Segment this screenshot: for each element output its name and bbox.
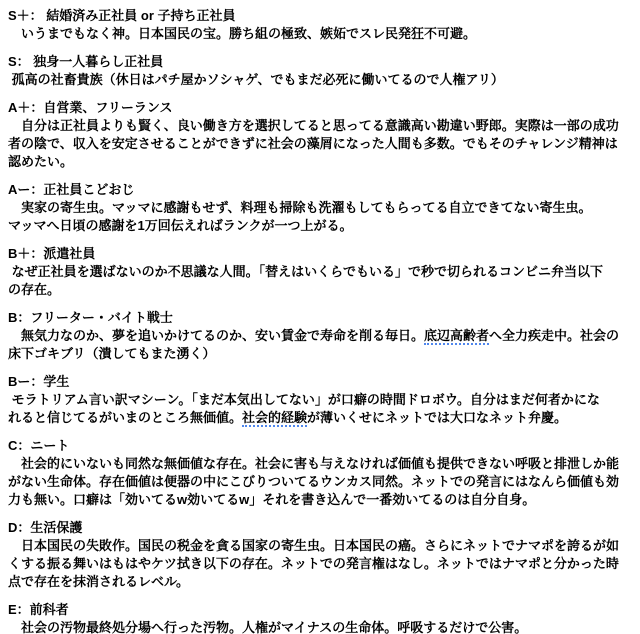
description-line: 認めたい。	[8, 153, 634, 171]
description-line: 社会的にいないも同然な無価値な存在。社会に害も与えなければ価値も提供できない呼吸…	[8, 455, 634, 473]
tier-section-s-plus: S＋： 結婚済み正社員 or 子持ち正社員 いうまでもなく神。日本国民の宝。勝ち…	[8, 7, 634, 43]
description-line: マッマへ日頃の感謝を1万回伝えればランクが一つ上がる。	[8, 217, 634, 235]
tier-header-b-plus: B＋：派遣社員	[8, 245, 634, 263]
tier-section-b: B：フリーター・バイト戦士 無気力なのか、夢を追いかけてるのか、安い賃金で寿命を…	[8, 309, 634, 363]
text-segment: 床下ゴキブリ（潰してもまた湧く）	[8, 346, 215, 361]
text-segment: がない生命体。存在価値は便器の中にこびりついてるウンカス同然。ネットでの発言には…	[8, 474, 619, 489]
text-segment: 日本国民の失敗作。国民の税金を貪る国家の寄生虫。日本国民の癌。さらにネットでナマ…	[8, 538, 619, 553]
text-segment: 認めたい。	[8, 154, 73, 169]
tier-header-c: C：ニート	[8, 437, 634, 455]
text-segment: 社会的にいないも同然な無価値な存在。社会に害も与えなければ価値も提供できない呼吸…	[8, 456, 619, 471]
spellcheck-suggestion-underline[interactable]: 社会的経験	[242, 410, 307, 427]
tier-section-d: D：生活保護 日本国民の失敗作。国民の税金を貪る国家の寄生虫。日本国民の癌。さら…	[8, 519, 634, 591]
tier-section-a-minus: Aー：正社員こどおじ 実家の寄生虫。マッマに感謝もせず、料理も掃除も洗濯もしても…	[8, 181, 634, 235]
text-segment: 力も無い。口癖は「効いてるw効いてるw」それを書き込んで一番効いてるのは自分自身…	[8, 492, 535, 507]
tier-header-b: B：フリーター・バイト戦士	[8, 309, 634, 327]
tier-header-e: E：前科者	[8, 601, 634, 619]
tier-section-b-minus: Bー：学生 モラトリアム言い訳マシーン。「まだ本気出してない」が口癖の時間ドロボ…	[8, 373, 634, 427]
text-segment: れると信じてるがいまのところ無価値。	[8, 410, 242, 425]
tier-header-d: D：生活保護	[8, 519, 634, 537]
description-line: 床下ゴキブリ（潰してもまた湧く）	[8, 345, 634, 363]
text-segment: くする振る舞いはもはやケツ拭き以下の存在。ネットでの発言権はなし。ネットではナマ…	[8, 556, 619, 571]
text-segment: モラトリアム言い訳マシーン。「まだ本気出してない」が口癖の時間ドロボウ。自分はま…	[8, 392, 600, 407]
description-line: なぜ正社員を選ばないのか不思議な人間。「替えはいくらでもいる」で秒で切られるコン…	[8, 263, 634, 281]
description-line: いうまでもなく神。日本国民の宝。勝ち組の極致、嫉妬でスレ民発狂不可避。	[8, 25, 634, 43]
tier-section-b-plus: B＋：派遣社員 なぜ正社員を選ばないのか不思議な人間。「替えはいくらでもいる」で…	[8, 245, 634, 299]
description-line: 実家の寄生虫。マッマに感謝もせず、料理も掃除も洗濯もしてもらってる自立できてない…	[8, 199, 634, 217]
tier-header-a-minus: Aー：正社員こどおじ	[8, 181, 634, 199]
text-segment: 自分は正社員よりも賢く、良い働き方を選択してると思ってる意識高い勘違い野郎。実際…	[8, 118, 619, 133]
description-line: くする振る舞いはもはやケツ拭き以下の存在。ネットでの発言権はなし。ネットではナマ…	[8, 555, 634, 573]
text-segment: 孤高の社畜貴族（休日はパチ屋かソシャゲ、でもまだ必死に働いてるので人権アリ）	[8, 72, 504, 87]
description-line: がない生命体。存在価値は便器の中にこびりついてるウンカス同然。ネットでの発言には…	[8, 473, 634, 491]
description-line: 社会の汚物最終処分場へ行った汚物。人権がマイナスの生命体。呼吸するだけで公害。	[8, 619, 634, 634]
text-segment: へ全力疾走中。社会の	[489, 328, 619, 343]
text-segment: 無気力なのか、夢を追いかけてるのか、安い賃金で寿命を削る毎日。	[8, 328, 424, 343]
text-segment: マッマへ日頃の感謝を1万回伝えればランクが一つ上がる。	[8, 218, 352, 233]
description-line: 点で存在を抹消されるレベル。	[8, 573, 634, 591]
description-line: 者の陰で、収入を安定させることができずに社会の藻屑になった人間も多数。でもそのチ…	[8, 135, 634, 153]
tier-header-a-plus: A＋：自営業、フリーランス	[8, 99, 634, 117]
text-segment: の存在。	[8, 282, 60, 297]
tier-header-s-plus: S＋： 結婚済み正社員 or 子持ち正社員	[8, 7, 634, 25]
description-line: 無気力なのか、夢を追いかけてるのか、安い賃金で寿命を削る毎日。底辺高齢者へ全力疾…	[8, 327, 634, 345]
tier-section-s: S： 独身一人暮らし正社員 孤高の社畜貴族（休日はパチ屋かソシャゲ、でもまだ必死…	[8, 53, 634, 89]
tier-header-s: S： 独身一人暮らし正社員	[8, 53, 634, 71]
text-segment: 社会の汚物最終処分場へ行った汚物。人権がマイナスの生命体。呼吸するだけで公害。	[8, 620, 527, 634]
description-line: 力も無い。口癖は「効いてるw効いてるw」それを書き込んで一番効いてるのは自分自身…	[8, 491, 634, 509]
text-segment: いうまでもなく神。日本国民の宝。勝ち組の極致、嫉妬でスレ民発狂不可避。	[8, 26, 476, 41]
tier-section-e: E：前科者 社会の汚物最終処分場へ行った汚物。人権がマイナスの生命体。呼吸するだ…	[8, 601, 634, 634]
description-line: の存在。	[8, 281, 634, 299]
text-segment: 点で存在を抹消されるレベル。	[8, 574, 189, 589]
text-segment: 者の陰で、収入を安定させることができずに社会の藻屑になった人間も多数。でもそのチ…	[8, 136, 618, 151]
description-line: 孤高の社畜貴族（休日はパチ屋かソシャゲ、でもまだ必死に働いてるので人権アリ）	[8, 71, 634, 89]
spellcheck-suggestion-underline[interactable]: 底辺高齢者	[424, 328, 489, 345]
description-line: 日本国民の失敗作。国民の税金を貪る国家の寄生虫。日本国民の癌。さらにネットでナマ…	[8, 537, 634, 555]
text-segment: なぜ正社員を選ばないのか不思議な人間。「替えはいくらでもいる」で秒で切られるコン…	[8, 264, 603, 279]
tier-section-c: C：ニート 社会的にいないも同然な無価値な存在。社会に害も与えなければ価値も提供…	[8, 437, 634, 509]
description-line: れると信じてるがいまのところ無価値。社会的経験が薄いくせにネットでは大口なネット…	[8, 409, 634, 427]
text-segment: 実家の寄生虫。マッマに感謝もせず、料理も掃除も洗濯もしてもらってる自立できてない…	[8, 200, 591, 215]
tier-section-a-plus: A＋：自営業、フリーランス 自分は正社員よりも賢く、良い働き方を選択してると思っ…	[8, 99, 634, 171]
document-body: S＋： 結婚済み正社員 or 子持ち正社員 いうまでもなく神。日本国民の宝。勝ち…	[0, 0, 640, 634]
text-segment: が薄いくせにネットでは大口なネット弁慶。	[307, 410, 567, 425]
description-line: モラトリアム言い訳マシーン。「まだ本気出してない」が口癖の時間ドロボウ。自分はま…	[8, 391, 634, 409]
tier-header-b-minus: Bー：学生	[8, 373, 634, 391]
description-line: 自分は正社員よりも賢く、良い働き方を選択してると思ってる意識高い勘違い野郎。実際…	[8, 117, 634, 135]
